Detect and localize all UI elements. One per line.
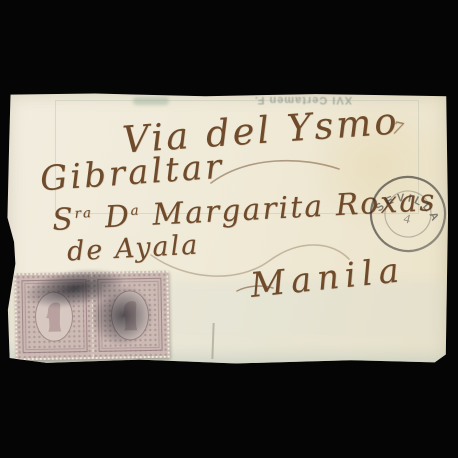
- postal-cover: XVI Certamen F. Via del Ysmo Gibraltar 7…: [7, 93, 448, 364]
- showthrough-smudge: [133, 97, 169, 105]
- addressee-title-d-sup: a: [130, 202, 141, 219]
- postmark-day-text: 4: [402, 210, 412, 226]
- stamp-pair: [14, 271, 169, 361]
- gibraltar-tail-stroke: [209, 159, 344, 191]
- photo-background: XVI Certamen F. Via del Ysmo Gibraltar 7…: [0, 0, 458, 458]
- addressee-title-s-sup: ra: [74, 205, 93, 222]
- addressee-title-s: S: [51, 202, 75, 238]
- addressee-title-d: D: [104, 199, 132, 235]
